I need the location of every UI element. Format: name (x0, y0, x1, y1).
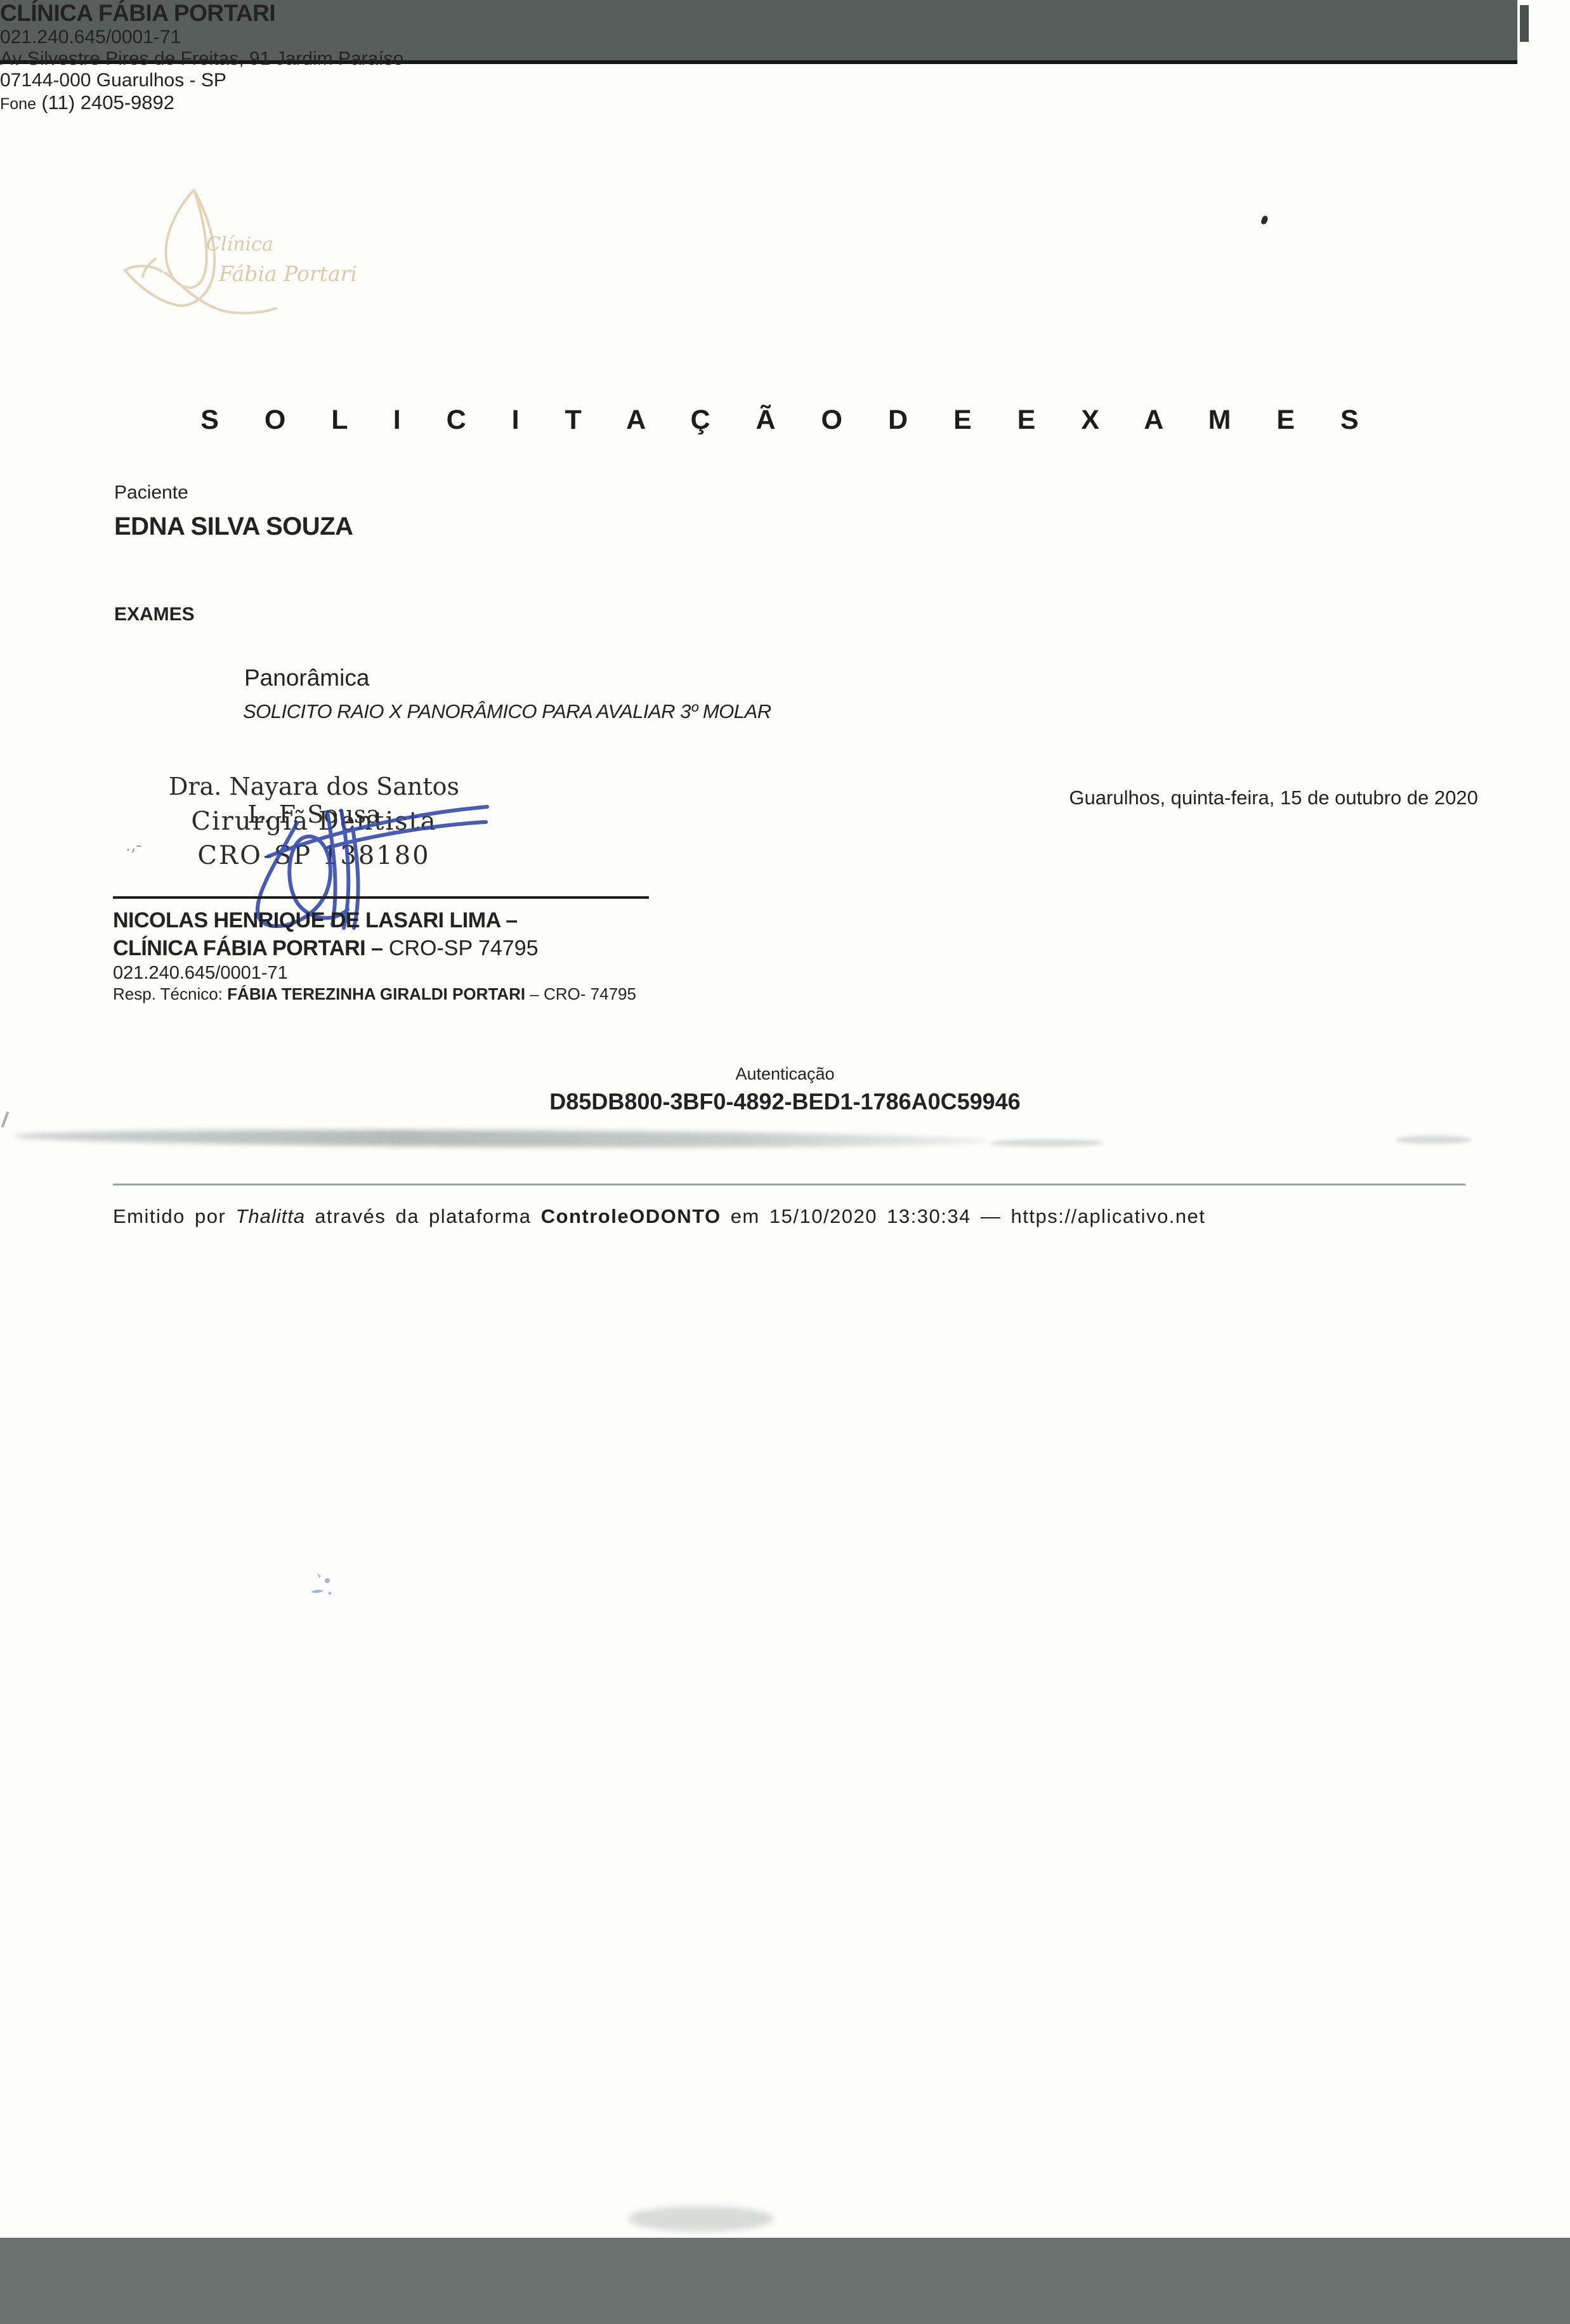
exam-item-note: SOLICITO RAIO X PANORÂMICO PARA AVALIAR … (243, 700, 771, 723)
authentication-label: Autenticação (0, 1064, 1570, 1084)
clinic-address-line1: Av Silvestre Pires de Freitas, 91 Jardim… (0, 48, 403, 70)
clinic-header-block: CLÍNICA FÁBIA PORTARI 021.240.645/0001-7… (0, 0, 403, 114)
clinic-logo-icon (117, 183, 384, 329)
authentication-code: D85DB800-3BF0-4892-BED1-1786A0C59946 (0, 1088, 1570, 1115)
phone-label: Fone (0, 95, 36, 113)
footer-platform: ControleODONTO (541, 1205, 721, 1227)
clinic-logo-script-line1: Clínica (206, 233, 273, 256)
resp-label: Resp. Técnico: (113, 984, 227, 1003)
exam-item-name: Panorâmica (244, 665, 369, 691)
footer-divider-line (113, 1184, 1465, 1185)
footer-issuer: Thalitta (235, 1205, 305, 1227)
scan-smudge-small (990, 1139, 1104, 1147)
footer-emission-line: Emitido por Thalitta através da platafor… (113, 1205, 1206, 1228)
signature-line (113, 896, 649, 899)
city-date-line: Guarulhos, quinta-feira, 15 de outubro d… (977, 787, 1478, 809)
patient-label: Paciente (114, 482, 188, 504)
clinic-name: CLÍNICA FÁBIA PORTARI (0, 0, 403, 27)
footer-part1: Emitido por (113, 1205, 235, 1227)
scan-smudge-band (13, 1128, 990, 1149)
scan-artifact-top-nub (1520, 5, 1529, 42)
exams-section-label: EXAMES (114, 604, 195, 625)
clinic-cnpj: 021.240.645/0001-71 (0, 27, 403, 48)
scan-smudge-right (1396, 1135, 1472, 1144)
patient-name: EDNA SILVA SOUZA (114, 512, 353, 541)
scan-artifact-bottom-bar (0, 2238, 1570, 2324)
ink-smudge-mark (303, 1562, 348, 1606)
responsible-technician-line: Resp. Técnico: FÁBIA TEREZINHA GIRALDI P… (113, 984, 636, 1004)
signatory-clinic-cro: CRO-SP 74795 (383, 936, 538, 960)
clinic-logo-script-line2: Fábia Portari (219, 261, 357, 286)
resp-cro: – CRO- 74795 (525, 984, 636, 1003)
clinic-phone-line: Fone (11) 2405-9892 (0, 91, 403, 114)
signatory-cnpj: 021.240.645/0001-71 (113, 963, 288, 984)
document-title: S O L I C I T A Ç Ã O D E E X A M E S (0, 405, 1570, 436)
signatory-name: NICOLAS HENRIQUE DE LASARI LIMA – (113, 908, 518, 933)
scan-artifact-mark (1260, 215, 1269, 225)
scan-smudge-bottom (628, 2206, 774, 2231)
resp-name: FÁBIA TEREZINHA GIRALDI PORTARI (227, 984, 525, 1003)
footer-part3: em 15/10/2020 13:30:34 — https://aplicat… (721, 1205, 1206, 1227)
scan-stamp-noise-left: .,- (126, 836, 141, 855)
phone-number: (11) 2405-9892 (41, 91, 174, 114)
signatory-clinic-line: CLÍNICA FÁBIA PORTARI – CRO-SP 74795 (113, 936, 539, 961)
signatory-clinic-bold: CLÍNICA FÁBIA PORTARI – (113, 936, 383, 960)
footer-part2: através da plataforma (305, 1205, 541, 1227)
scanned-document-page: Clínica Fábia Portari CLÍNICA FÁBIA PORT… (0, 0, 1570, 2324)
clinic-address-line2: 07144-000 Guarulhos - SP (0, 70, 403, 91)
